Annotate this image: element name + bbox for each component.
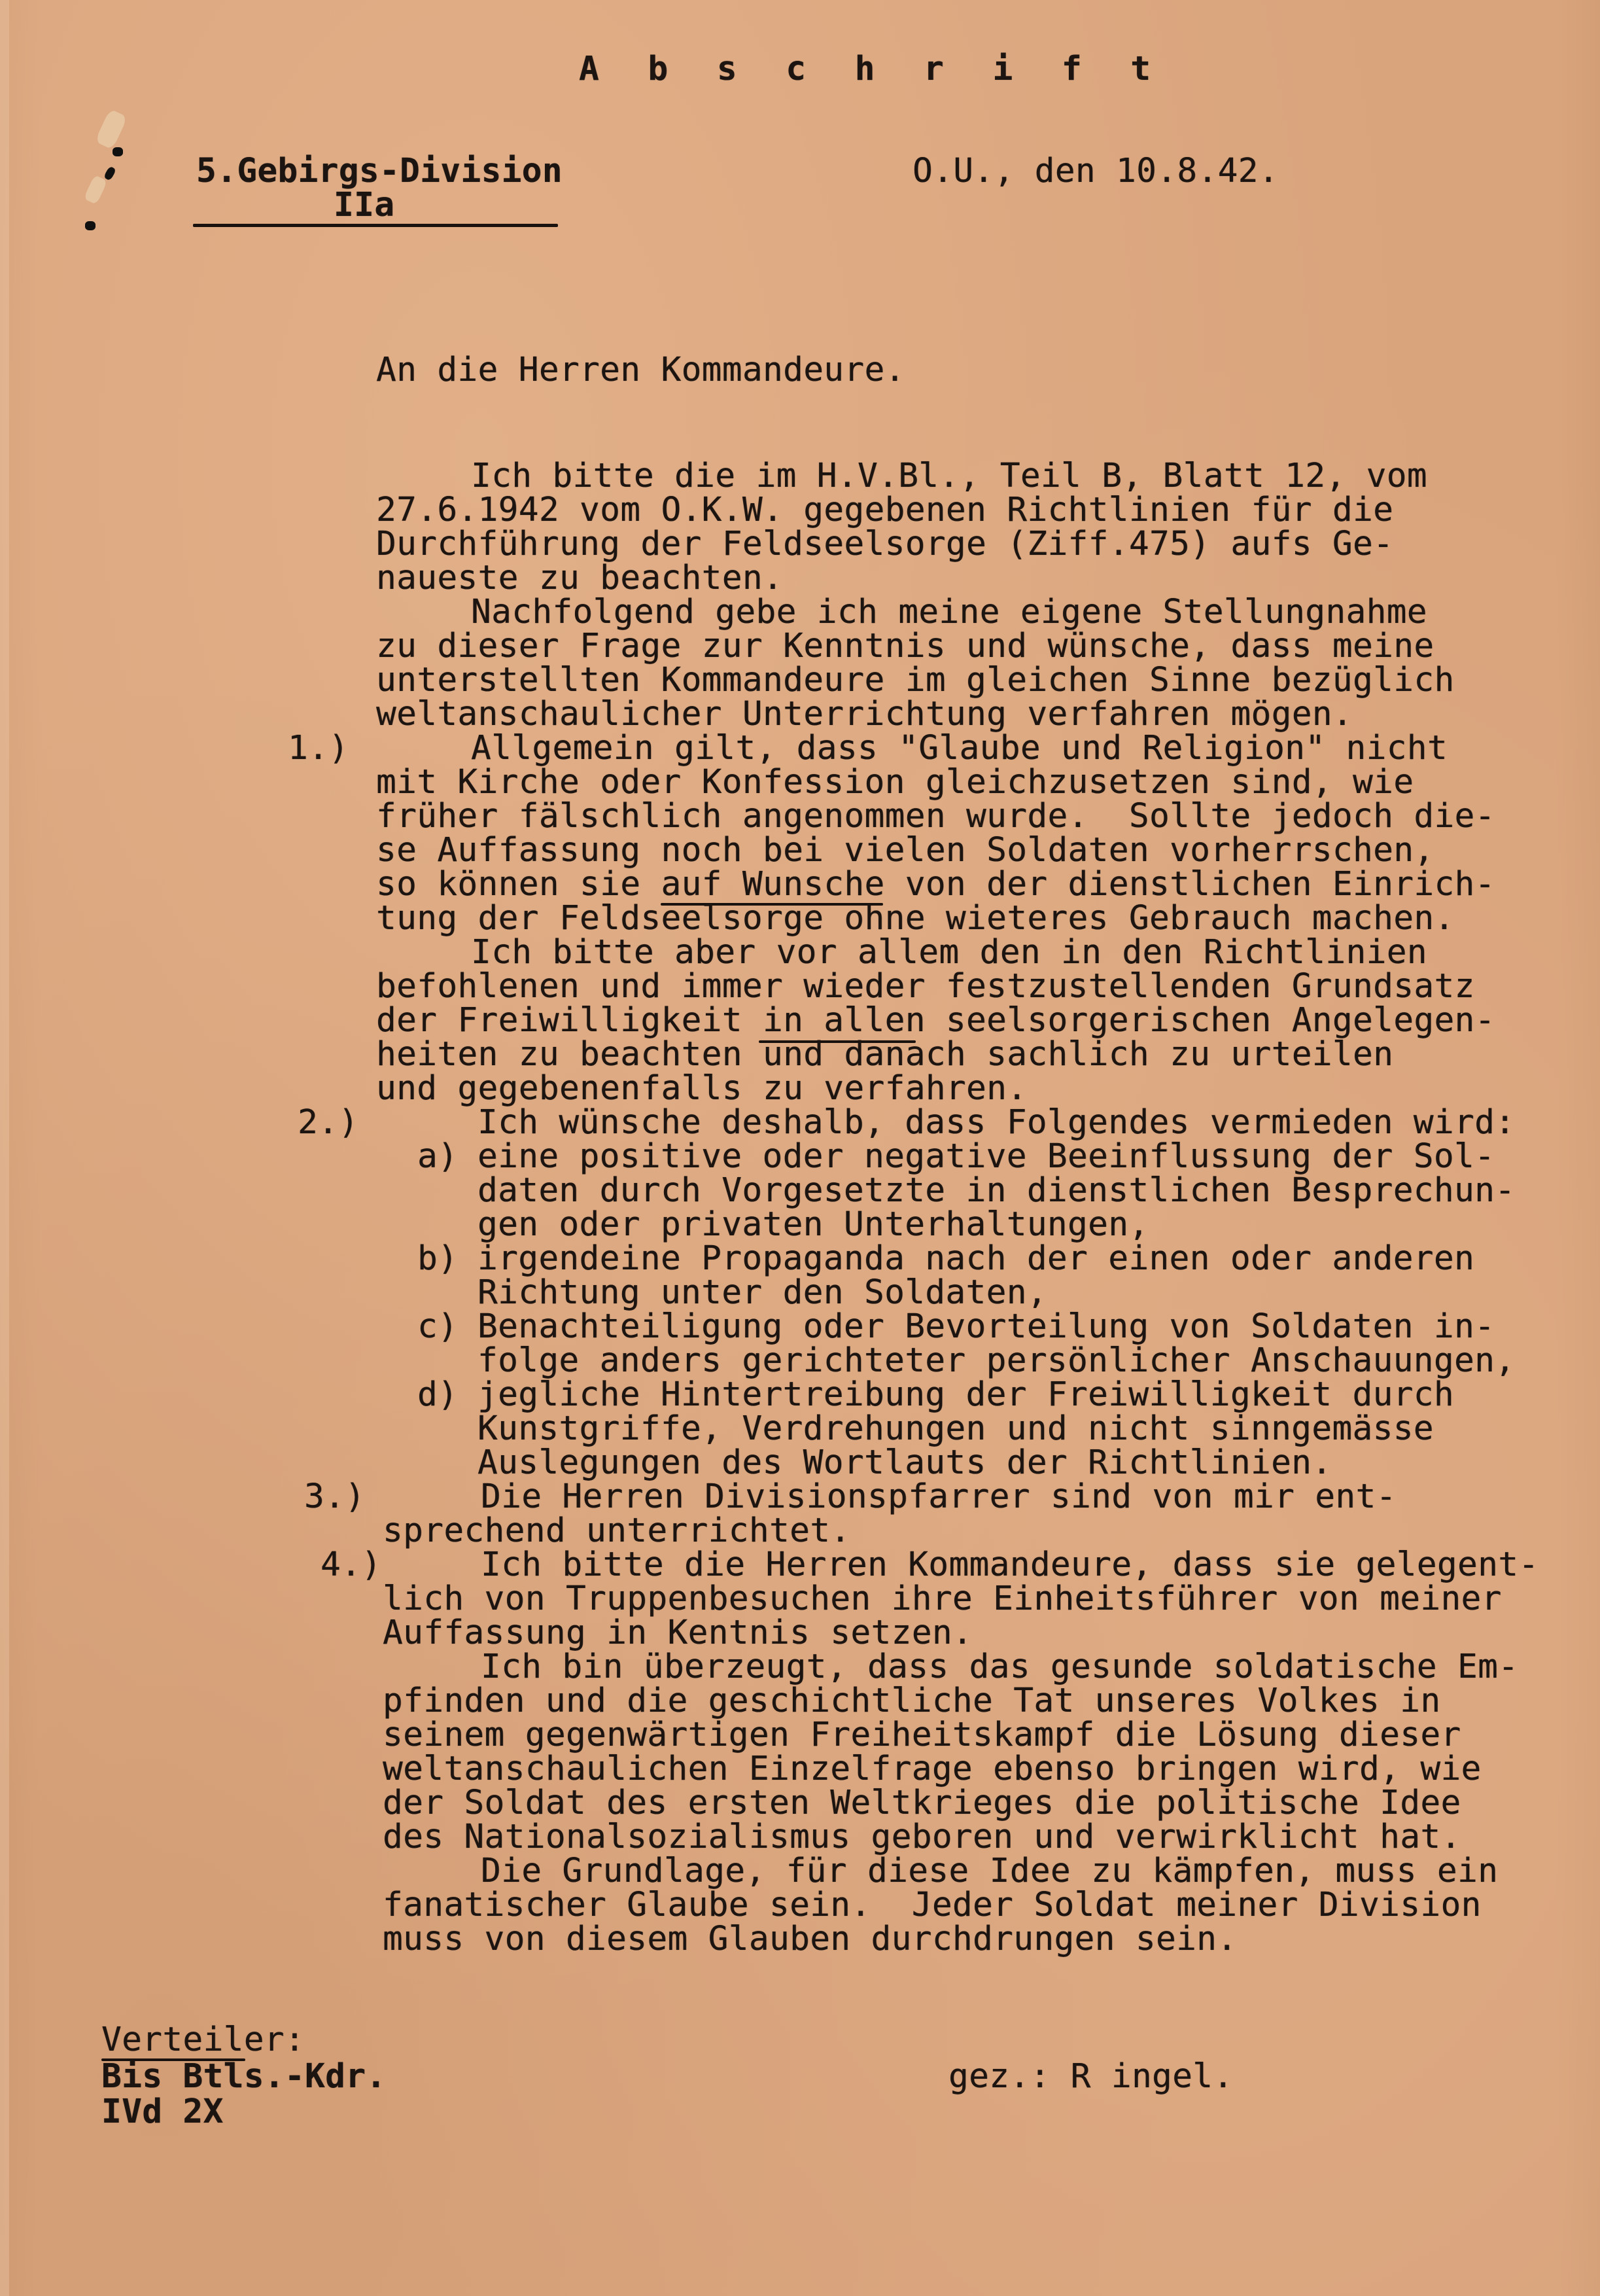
body-line: irgendeine Propaganda nach der einen ode… <box>478 1242 1474 1275</box>
body-line: Allgemein gilt, dass "Glaube und Religio… <box>471 732 1448 765</box>
body-line: so können sie auf Wunsche von der dienst… <box>376 868 1495 901</box>
body-line: Kunstgriffe, Verdrehungen und nicht sinn… <box>478 1412 1434 1445</box>
typewritten-document-page: A b s c h r i f t 5.Gebirgs-Division IIa… <box>0 0 1600 2296</box>
place-date: O.U., den 10.8.42. <box>913 154 1279 188</box>
body-line: seinem gegenwärtigen Freiheitskampf die … <box>383 1718 1461 1752</box>
body-line: pfinden und die geschichtliche Tat unser… <box>383 1684 1440 1718</box>
body-line: unterstellten Kommandeure im gleichen Si… <box>376 663 1455 697</box>
salutation: An die Herren Kommandeure. <box>376 353 905 387</box>
sub-marker-d: d) <box>417 1378 458 1411</box>
body-line: daten durch Vorgesetzte in dienstlichen … <box>478 1174 1515 1207</box>
document-title: A b s c h r i f t <box>579 52 1165 86</box>
body-line: Die Herren Divisionspfarrer sind von mir… <box>481 1480 1397 1513</box>
body-line: heiten zu beachten und danach sachlich z… <box>376 1038 1393 1071</box>
body-line: weltanschaulichen Einzelfrage ebenso bri… <box>383 1752 1482 1786</box>
sender-unit: 5.Gebirgs-Division <box>196 154 563 188</box>
body-line: Durchführung der Feldseelsorge (Ziff.475… <box>376 527 1393 561</box>
body-line: Ich bitte die Herren Kommandeure, dass s… <box>481 1548 1539 1581</box>
body-line: tung der Feldseelsorge ohne wieteres Geb… <box>376 902 1455 935</box>
body-line: naueste zu beachten. <box>376 561 783 595</box>
body-line: Ich bin überzeugt, dass das gesunde sold… <box>481 1650 1518 1684</box>
body-line: des Nationalsozialismus geboren und verw… <box>383 1820 1461 1854</box>
body-line: jegliche Hintertreibung der Freiwilligke… <box>478 1378 1454 1411</box>
signature: gez.: R ingel. <box>948 2060 1233 2093</box>
body-line: Benachteiligung oder Bevorteilung von So… <box>478 1310 1495 1343</box>
body-line: Auffassung in Kentnis setzen. <box>383 1616 973 1650</box>
item-marker-1: 1.) <box>288 732 349 765</box>
body-line: weltanschaulicher Unterrichtung verfahre… <box>376 698 1353 731</box>
body-line: muss von diesem Glauben durchdrungen sei… <box>383 1922 1237 1956</box>
body-line: gen oder privaten Unterhaltungen, <box>478 1208 1149 1241</box>
sender-underline <box>193 224 558 227</box>
distribution-heading: Verteiler: <box>101 2023 305 2057</box>
distribution-entry: Bis Btls.-Kdr. <box>101 2060 386 2093</box>
body-line: lich von Truppenbesuchen ihre Einheitsfü… <box>383 1582 1502 1616</box>
body-line: und gegebenenfalls zu verfahren. <box>376 1072 1027 1105</box>
item-marker-2: 2.) <box>298 1106 358 1139</box>
body-line: zu dieser Frage zur Kenntnis und wünsche… <box>376 629 1434 663</box>
body-line: mit Kirche oder Konfession gleichzusetze… <box>376 766 1414 799</box>
item-marker-4: 4.) <box>321 1548 381 1581</box>
item-marker-3: 3.) <box>304 1480 365 1513</box>
body-line: folge anders gerichteter persönlicher An… <box>478 1344 1515 1377</box>
sender-department: IIa <box>334 188 394 222</box>
body-line: befohlenen und immer wieder festzustelle… <box>376 970 1475 1003</box>
body-line: eine positive oder negative Beeinflussun… <box>478 1140 1495 1173</box>
sub-marker-b: b) <box>417 1242 458 1275</box>
body-line: Die Grundlage, für diese Idee zu kämpfen… <box>481 1854 1498 1888</box>
sub-marker-c: c) <box>417 1310 458 1343</box>
body-line: Ich bitte die im H.V.Bl., Teil B, Blatt … <box>471 459 1427 493</box>
body-line: sprechend unterrichtet. <box>383 1514 850 1547</box>
punch-holes <box>72 105 137 203</box>
distribution-entry: IVd 2X <box>101 2095 224 2128</box>
body-line: der Freiwilligkeit in allen seelsorgeris… <box>376 1004 1495 1037</box>
body-line: Richtung unter den Soldaten, <box>478 1276 1047 1309</box>
body-line: der Soldat des ersten Weltkrieges die po… <box>383 1786 1461 1820</box>
scan-edge <box>0 0 9 2296</box>
body-line: Ich wünsche deshalb, dass Folgendes verm… <box>478 1106 1515 1139</box>
body-line: se Auffassung noch bei vielen Soldaten v… <box>376 834 1434 867</box>
body-line: fanatischer Glaube sein. Jeder Soldat me… <box>383 1888 1482 1922</box>
sub-marker-a: a) <box>417 1140 458 1173</box>
body-line: Ich bitte aber vor allem den in den Rich… <box>471 936 1427 969</box>
body-line: 27.6.1942 vom O.K.W. gegebenen Richtlini… <box>376 493 1393 527</box>
body-line: Nachfolgend gebe ich meine eigene Stellu… <box>471 595 1427 629</box>
body-line: Auslegungen des Wortlauts der Richtlinie… <box>478 1446 1332 1479</box>
body-line: früher fälschlich angenommen wurde. Soll… <box>376 800 1495 833</box>
